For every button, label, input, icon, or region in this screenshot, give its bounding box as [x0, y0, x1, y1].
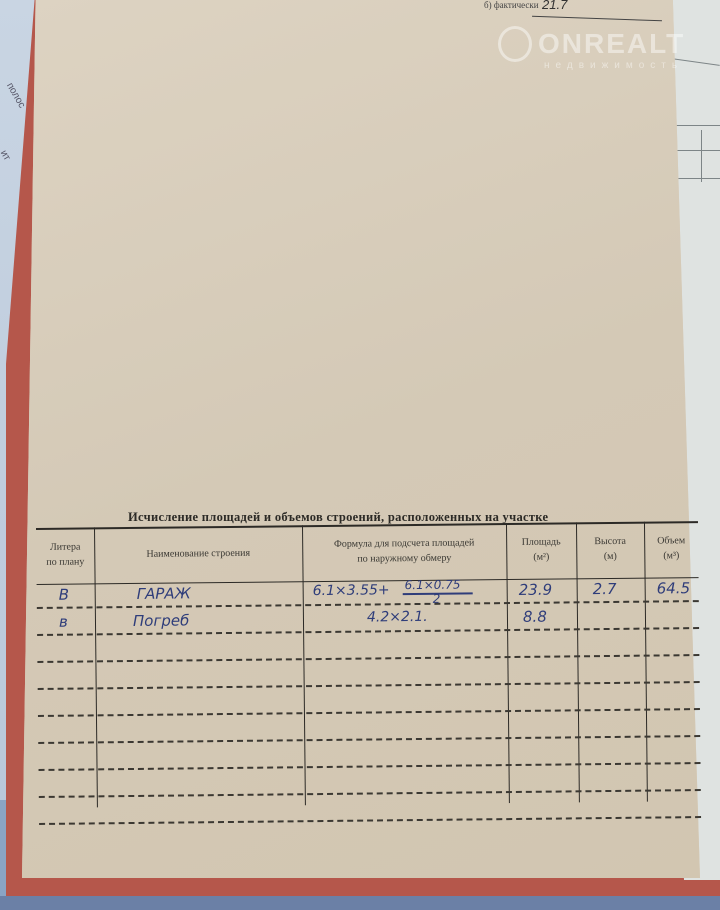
cell-name: Погреб [133, 611, 190, 630]
underlying-text: полос [4, 81, 27, 110]
house-logo-icon [498, 26, 532, 62]
background-surface [0, 896, 720, 910]
header-litera: Литерапо плану [36, 539, 94, 570]
header-formula: Формула для подсчета площадейпо наружном… [302, 535, 506, 567]
header-volume: Объем(м³) [644, 533, 698, 564]
watermark: ONREALT недвижимость [498, 26, 685, 71]
cell-name: ГАРАЖ [137, 584, 191, 603]
area-volume-table: Литерапо плану Наименование строения Фор… [36, 521, 701, 828]
watermark-brand: ONREALT [538, 28, 685, 59]
underline [532, 16, 662, 22]
cell-litera: в [59, 613, 68, 631]
header-height: Высота(м) [576, 534, 644, 565]
cell-formula: 6.1×3.55+ [313, 582, 390, 599]
cell-area: 8.8 [523, 608, 547, 626]
cell-area: 23.9 [519, 581, 553, 599]
underlying-text: ит [0, 148, 12, 162]
fact-value: 21.7 [542, 0, 567, 12]
cell-formula: 4.2×2.1. [367, 609, 428, 626]
cell-height: 2.7 [593, 580, 617, 598]
watermark-subtitle: недвижимость [544, 60, 685, 71]
header-name: Наименование строения [94, 545, 302, 562]
cell-volume: 64.5 [657, 579, 691, 597]
fact-label: б) фактически [484, 0, 539, 10]
table-header: Литерапо плану Наименование строения Фор… [36, 521, 699, 585]
header-area: Площадь(м²) [506, 534, 576, 565]
formula-numerator: 6.1×0.75 [405, 578, 461, 593]
cell-litera: В [59, 586, 69, 604]
